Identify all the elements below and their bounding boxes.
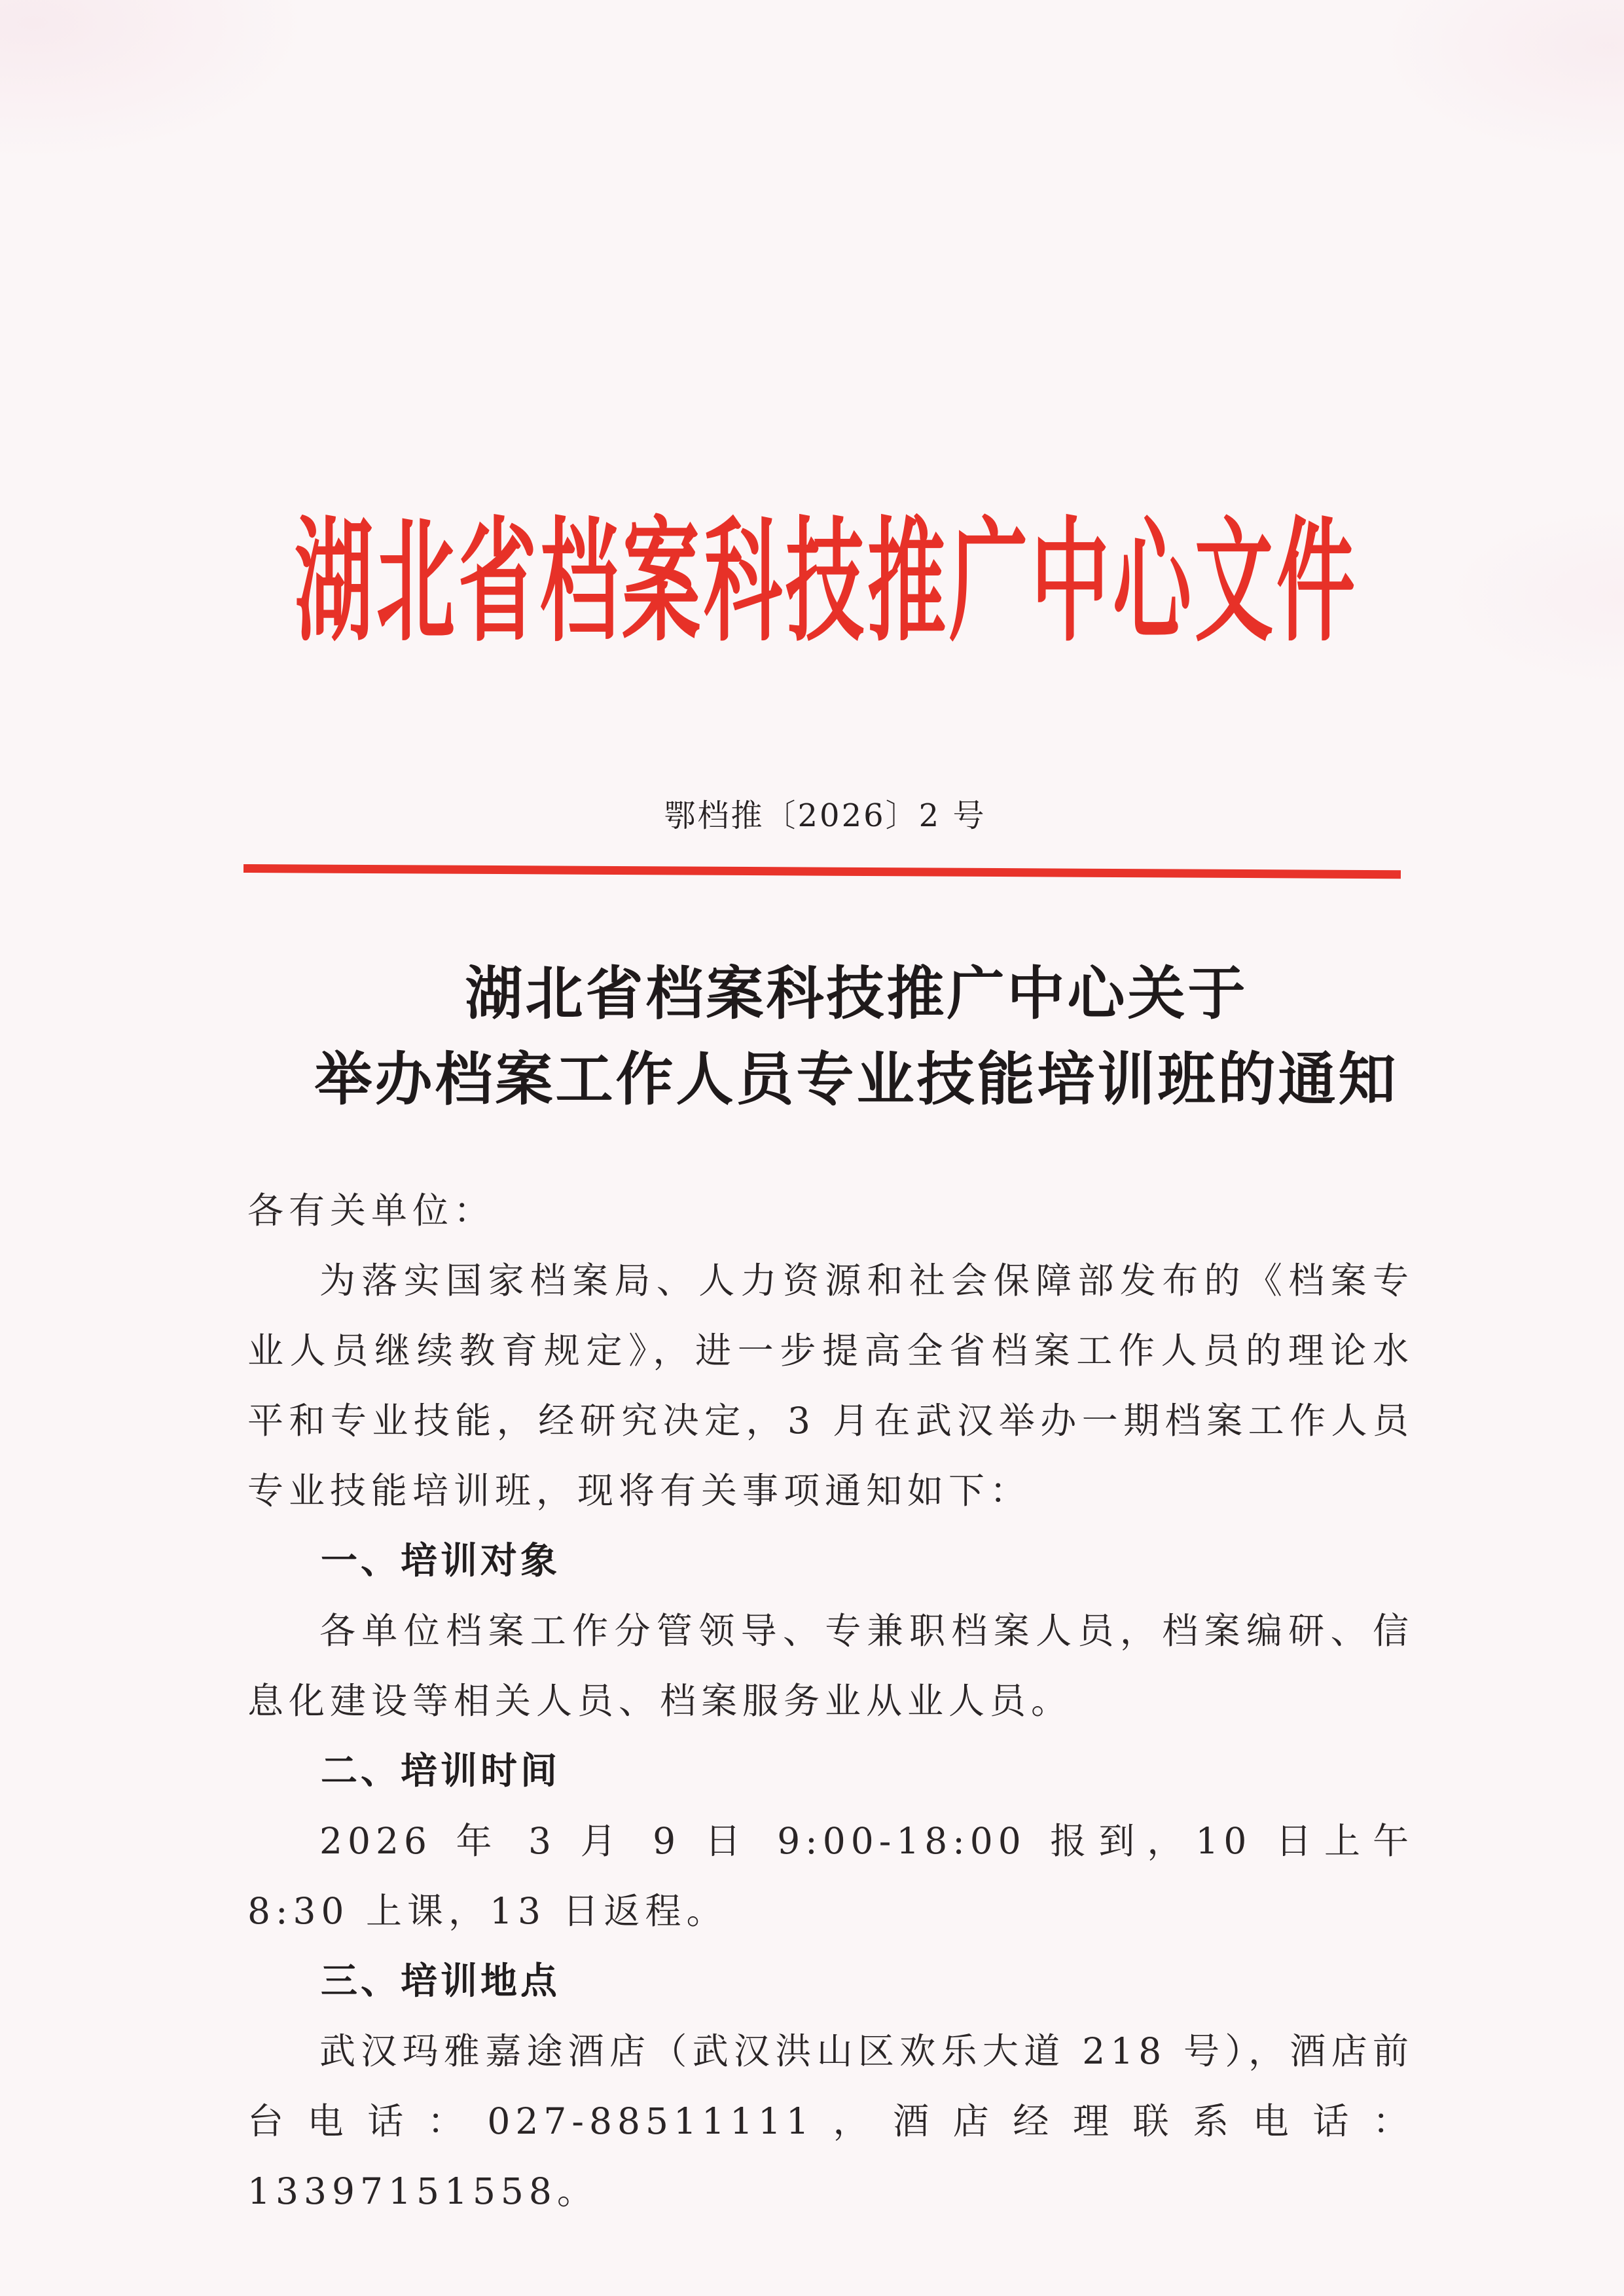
doc-title-line2: 举办档案工作人员专业技能培训班的通知: [45, 1036, 1624, 1122]
section-heading-3: 三、培训地点: [247, 1946, 1414, 2016]
doc-title-line1: 湖北省档案科技推广中心关于: [45, 951, 1624, 1036]
scanned-official-document-page: 湖北省档案科技推广中心文件 鄂档推〔2026〕2 号 湖北省档案科技推广中心关于…: [0, 0, 1624, 2296]
section-training-audience: 一、培训对象 各单位档案工作分管领导、专兼职档案人员，档案编研、信息化建设等相关…: [247, 1526, 1414, 1736]
section-text-3: 武汉玛雅嘉途酒店（武汉洪山区欢乐大道 218 号），酒店前台电话：027-885…: [247, 2016, 1414, 2227]
section-text-2: 2026 年 3 月 9 日 9:00-18:00 报到，10 日上午 8:30…: [247, 1806, 1414, 1946]
red-separator-rule: [244, 864, 1401, 879]
section-training-venue: 三、培训地点 武汉玛雅嘉途酒店（武汉洪山区欢乐大道 218 号），酒店前台电话：…: [247, 1946, 1414, 2227]
section-heading-1: 一、培训对象: [247, 1526, 1414, 1596]
section-heading-2: 二、培训时间: [247, 1736, 1414, 1806]
doc-body: 各有关单位： 为落实国家档案局、人力资源和社会保障部发布的《档案专业人员继续教育…: [247, 1176, 1414, 2227]
letterhead-org-title: 湖北省档案科技推广中心文件: [14, 515, 1624, 650]
salutation: 各有关单位：: [247, 1176, 1414, 1246]
doc-reference-number: 鄂档推〔2026〕2 号: [13, 797, 1624, 834]
section-training-time: 二、培训时间 2026 年 3 月 9 日 9:00-18:00 报到，10 日…: [247, 1736, 1414, 1946]
doc-title: 湖北省档案科技推广中心关于 举办档案工作人员专业技能培训班的通知: [45, 951, 1624, 1122]
intro-paragraph: 为落实国家档案局、人力资源和社会保障部发布的《档案专业人员继续教育规定》，进一步…: [247, 1246, 1414, 1526]
section-text-1: 各单位档案工作分管领导、专兼职档案人员，档案编研、信息化建设等相关人员、档案服务…: [247, 1596, 1414, 1736]
